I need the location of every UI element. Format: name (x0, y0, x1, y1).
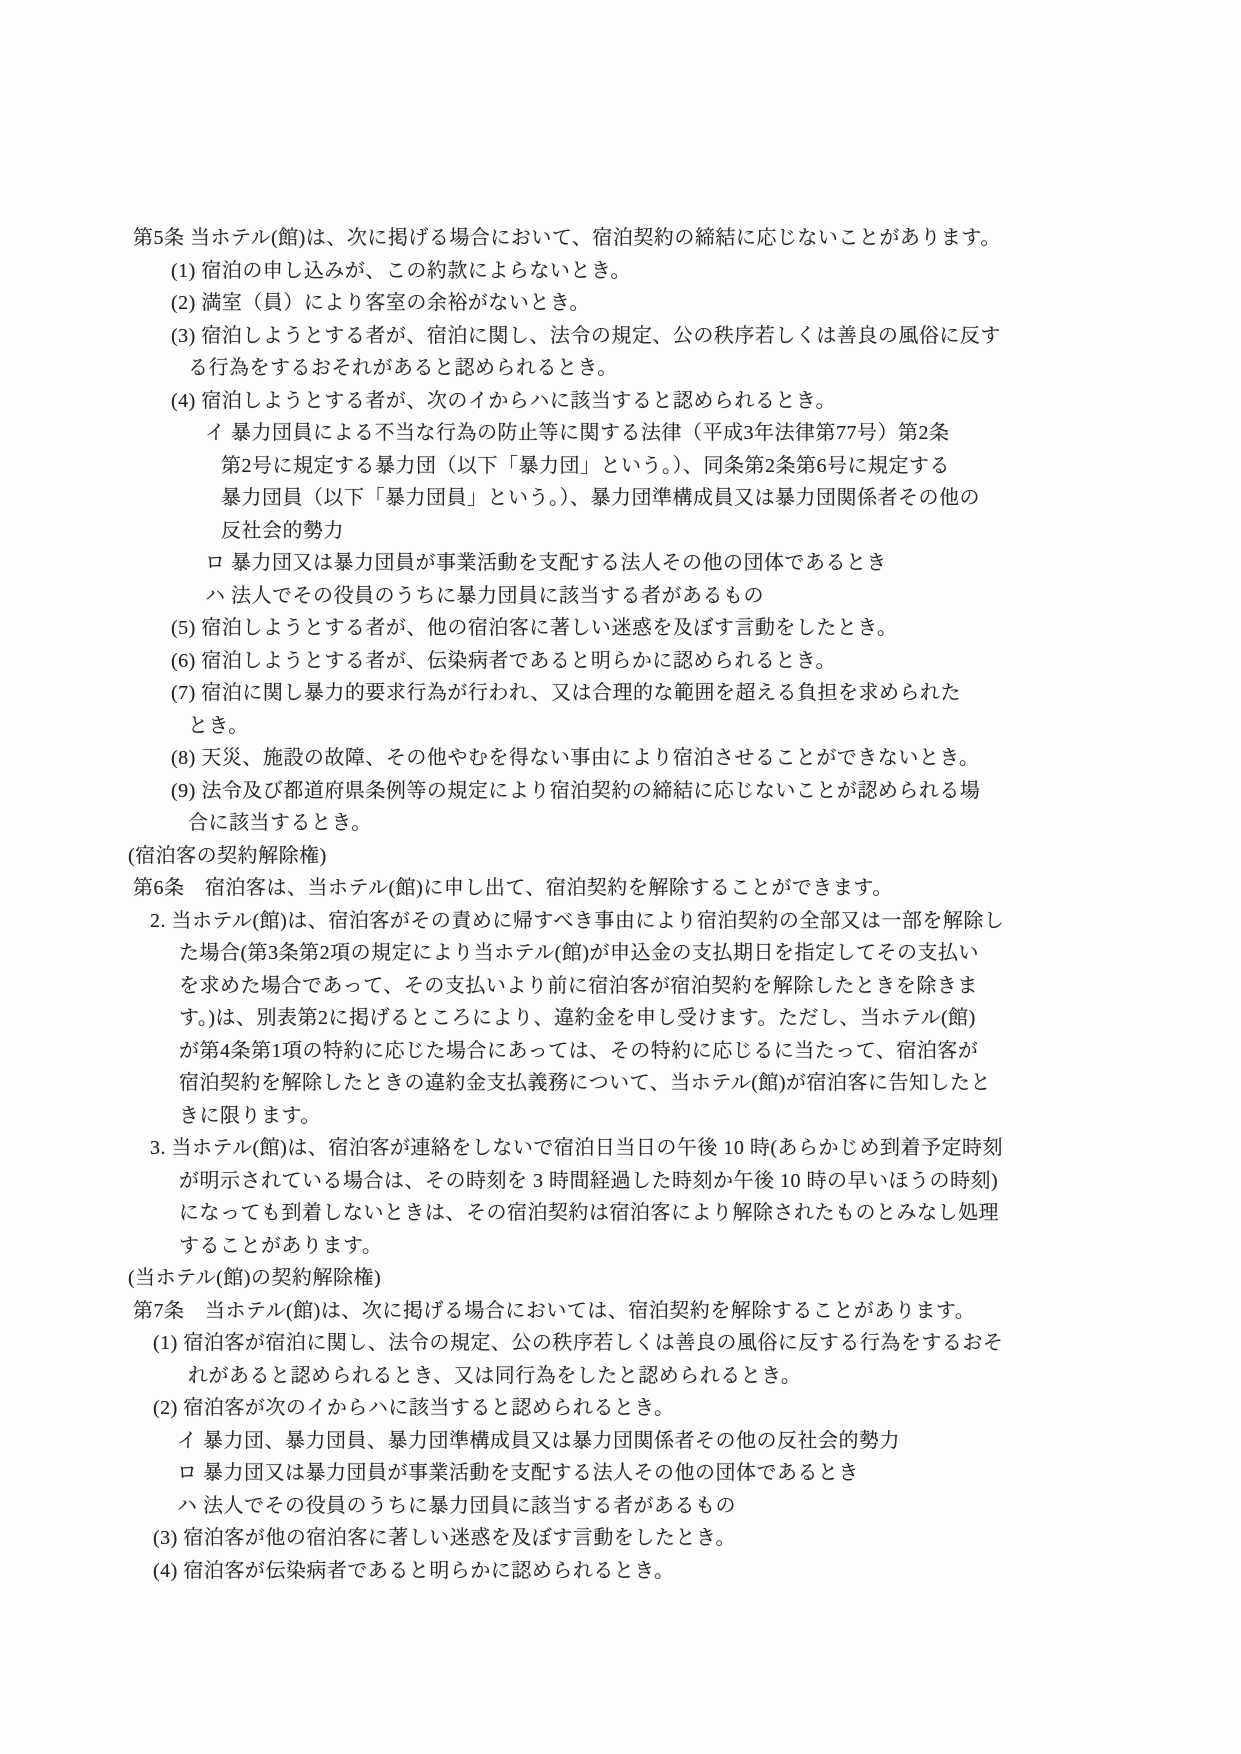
article-7-item-1: (1) 宿泊客が宿泊に関し、法令の規定、公の秩序若しくは善良の風俗に反する行為を… (0, 1327, 1201, 1360)
article-5-item-3: (3) 宿泊しようとする者が、宿泊に関し、法令の規定、公の秩序若しくは善良の風俗… (0, 320, 1201, 353)
article-6-heading: 第6条 宿泊客は、当ホテル(館)に申し出て、宿泊契約を解除することができます。 (0, 872, 1201, 905)
article-6-para-3-cont-2: になっても到着しないときは、その宿泊契約は宿泊客により解除されたものとみなし処理 (0, 1197, 1201, 1230)
article-5-item-1: (1) 宿泊の申し込みが、この約款によらないとき。 (0, 255, 1201, 288)
article-5-item-9-cont: 合に該当するとき。 (0, 807, 1201, 840)
article-6-para-2-cont-4: が第4条第1項の特約に応じた場合にあっては、その特約に応じるに当たって、宿泊客が (0, 1035, 1201, 1068)
article-5-item-9: (9) 法令及び都道府県条例等の規定により宿泊契約の締結に応じないことが認められ… (0, 775, 1201, 808)
article-7-item-2: (2) 宿泊客が次のイからハに該当すると認められるとき。 (0, 1392, 1201, 1425)
article-5-item-4-sub-i: イ 暴力団員による不当な行為の防止等に関する法律（平成3年法律第77号）第2条 (0, 417, 1201, 450)
article-5-item-4: (4) 宿泊しようとする者が、次のイからハに該当すると認められるとき。 (0, 385, 1201, 418)
article-5-item-2: (2) 満室（員）により客室の余裕がないとき。 (0, 287, 1201, 320)
article-6-para-3-cont-1: が明示されている場合は、その時刻を 3 時間経過した時刻か午後 10 時の早いほ… (0, 1165, 1201, 1198)
article-5-item-4-sub-i-cont-3: 反社会的勢力 (0, 515, 1201, 548)
article-5-item-5: (5) 宿泊しようとする者が、他の宿泊客に著しい迷惑を及ぼす言動をしたとき。 (0, 612, 1201, 645)
article-7-item-4: (4) 宿泊客が伝染病者であると明らかに認められるとき。 (0, 1555, 1201, 1588)
article-6-para-3-cont-3: することがあります。 (0, 1230, 1201, 1263)
article-7-item-2-sub-ha: ハ 法人でその役員のうちに暴力団員に該当する者があるもの (0, 1490, 1201, 1523)
article-5-item-7-cont: とき。 (0, 710, 1201, 743)
article-6-para-2-cont-5: 宿泊契約を解除したときの違約金支払義務について、当ホテル(館)が宿泊客に告知した… (0, 1067, 1201, 1100)
article-7-item-1-cont: れがあると認められるとき、又は同行為をしたと認められるとき。 (0, 1360, 1201, 1393)
section-label-guest-cancellation: (宿泊客の契約解除権) (0, 840, 1201, 873)
article-6-para-2-cont-1: た場合(第3条第2項の規定により当ホテル(館)が申込金の支払期日を指定してその支… (0, 937, 1201, 970)
article-7-item-3: (3) 宿泊客が他の宿泊客に著しい迷惑を及ぼす言動をしたとき。 (0, 1522, 1201, 1555)
article-5-heading: 第5条 当ホテル(館)は、次に掲げる場合において、宿泊契約の締結に応じないことが… (0, 222, 1201, 255)
article-5-item-6: (6) 宿泊しようとする者が、伝染病者であると明らかに認められるとき。 (0, 645, 1201, 678)
article-6-para-2-cont-6: きに限ります。 (0, 1100, 1201, 1133)
document-page: 第5条 当ホテル(館)は、次に掲げる場合において、宿泊契約の締結に応じないことが… (0, 0, 1241, 1754)
article-7-item-2-sub-ro: ロ 暴力団又は暴力団員が事業活動を支配する法人その他の団体であるとき (0, 1457, 1201, 1490)
article-7-item-2-sub-i: イ 暴力団、暴力団員、暴力団準構成員又は暴力団関係者その他の反社会的勢力 (0, 1425, 1201, 1458)
article-6-para-2-cont-2: を求めた場合であって、その支払いより前に宿泊客が宿泊契約を解除したときを除きま (0, 970, 1201, 1003)
article-5-item-4-sub-ro: ロ 暴力団又は暴力団員が事業活動を支配する法人その他の団体であるとき (0, 547, 1201, 580)
article-5-item-4-sub-i-cont-2: 暴力団員（以下「暴力団員」という。）、暴力団準構成員又は暴力団関係者その他の (0, 482, 1201, 515)
article-6-para-3: 3. 当ホテル(館)は、宿泊客が連絡をしないで宿泊日当日の午後 10 時(あらか… (0, 1132, 1201, 1165)
article-7-heading: 第7条 当ホテル(館)は、次に掲げる場合においては、宿泊契約を解除することがあり… (0, 1295, 1201, 1328)
article-5-item-7: (7) 宿泊に関し暴力的要求行為が行われ、又は合理的な範囲を超える負担を求められ… (0, 677, 1201, 710)
article-5-item-3-cont: る行為をするおそれがあると認められるとき。 (0, 352, 1201, 385)
article-5-item-4-sub-i-cont-1: 第2号に規定する暴力団（以下「暴力団」という。）、同条第2条第6号に規定する (0, 450, 1201, 483)
article-5-item-8: (8) 天災、施設の故障、その他やむを得ない事由により宿泊させることができないと… (0, 742, 1201, 775)
article-6-para-2: 2. 当ホテル(館)は、宿泊客がその責めに帰すべき事由により宿泊契約の全部又は一… (0, 905, 1201, 938)
section-label-hotel-cancellation: (当ホテル(館)の契約解除権) (0, 1262, 1201, 1295)
article-6-para-2-cont-3: す。)は、別表第2に掲げるところにより、違約金を申し受けます。ただし、当ホテル(… (0, 1002, 1201, 1035)
terms-text-block: 第5条 当ホテル(館)は、次に掲げる場合において、宿泊契約の締結に応じないことが… (0, 222, 1201, 1587)
article-5-item-4-sub-ha: ハ 法人でその役員のうちに暴力団員に該当する者があるもの (0, 580, 1201, 613)
